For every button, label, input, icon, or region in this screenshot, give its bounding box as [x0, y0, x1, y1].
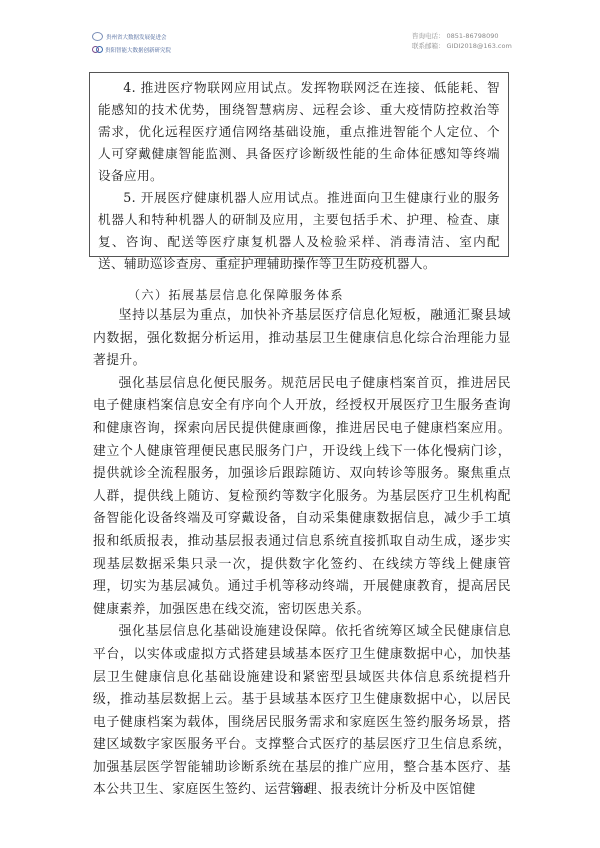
email-address: GIDI2018@163.com: [447, 42, 512, 50]
boxed-section: 4. 推进医疗物联网应用试点。发挥物联网泛在连接、低能耗、智能感知的技术优势，围…: [89, 72, 509, 257]
paragraph-intro: 坚持以基层为重点，加快补齐基层医疗信息化短板，融通汇聚县域内数据，强化数据分析运…: [93, 305, 511, 373]
boxed-paragraph-robots: 5. 开展医疗健康机器人应用试点。推进面向卫生健康行业的服务机器人和特种机器人的…: [98, 187, 500, 275]
institute-name: 贵阳智能大数据创新研究院: [105, 46, 171, 54]
contact-phone-row: 咨询电话：0851-86798090: [412, 31, 512, 41]
institute-logo-icon: [92, 46, 102, 53]
logo-row-institute: 贵阳智能大数据创新研究院: [92, 44, 172, 55]
phone-number: 0851-86798090: [447, 32, 499, 40]
phone-label: 咨询电话：: [412, 32, 445, 40]
section-body: 坚持以基层为重点，加快补齐基层医疗信息化短板，融通汇聚县域内数据，强化数据分析运…: [93, 305, 511, 802]
contact-email-row: 联系邮箱：GIDI2018@163.com: [412, 41, 512, 51]
org-logo-icon: [92, 32, 103, 41]
paragraph-infrastructure: 强化基层信息化基础设施建设保障。依托省统筹区域全民健康信息平台，以实体或虚拟方式…: [93, 621, 511, 802]
section-heading: （六）拓展基层信息化保障服务体系: [128, 286, 344, 303]
header-logos: 贵州省大数据发展促进会 贵阳智能大数据创新研究院: [92, 31, 172, 57]
email-label: 联系邮箱：: [412, 42, 445, 50]
boxed-paragraph-iot: 4. 推进医疗物联网应用试点。发挥物联网泛在连接、低能耗、智能感知的技术优势，围…: [98, 77, 500, 187]
logo-row-association: 贵州省大数据发展促进会: [92, 31, 172, 42]
page-number: 308: [0, 785, 600, 796]
paragraph-convenience-services: 强化基层信息化便民服务。规范居民电子健康档案首页，推进居民电子健康档案信息安全有…: [93, 373, 511, 622]
page-header: 贵州省大数据发展促进会 贵阳智能大数据创新研究院 咨询电话：0851-86798…: [0, 28, 600, 58]
header-contact: 咨询电话：0851-86798090 联系邮箱：GIDI2018@163.com: [412, 31, 512, 51]
association-name: 贵州省大数据发展促进会: [106, 33, 167, 41]
